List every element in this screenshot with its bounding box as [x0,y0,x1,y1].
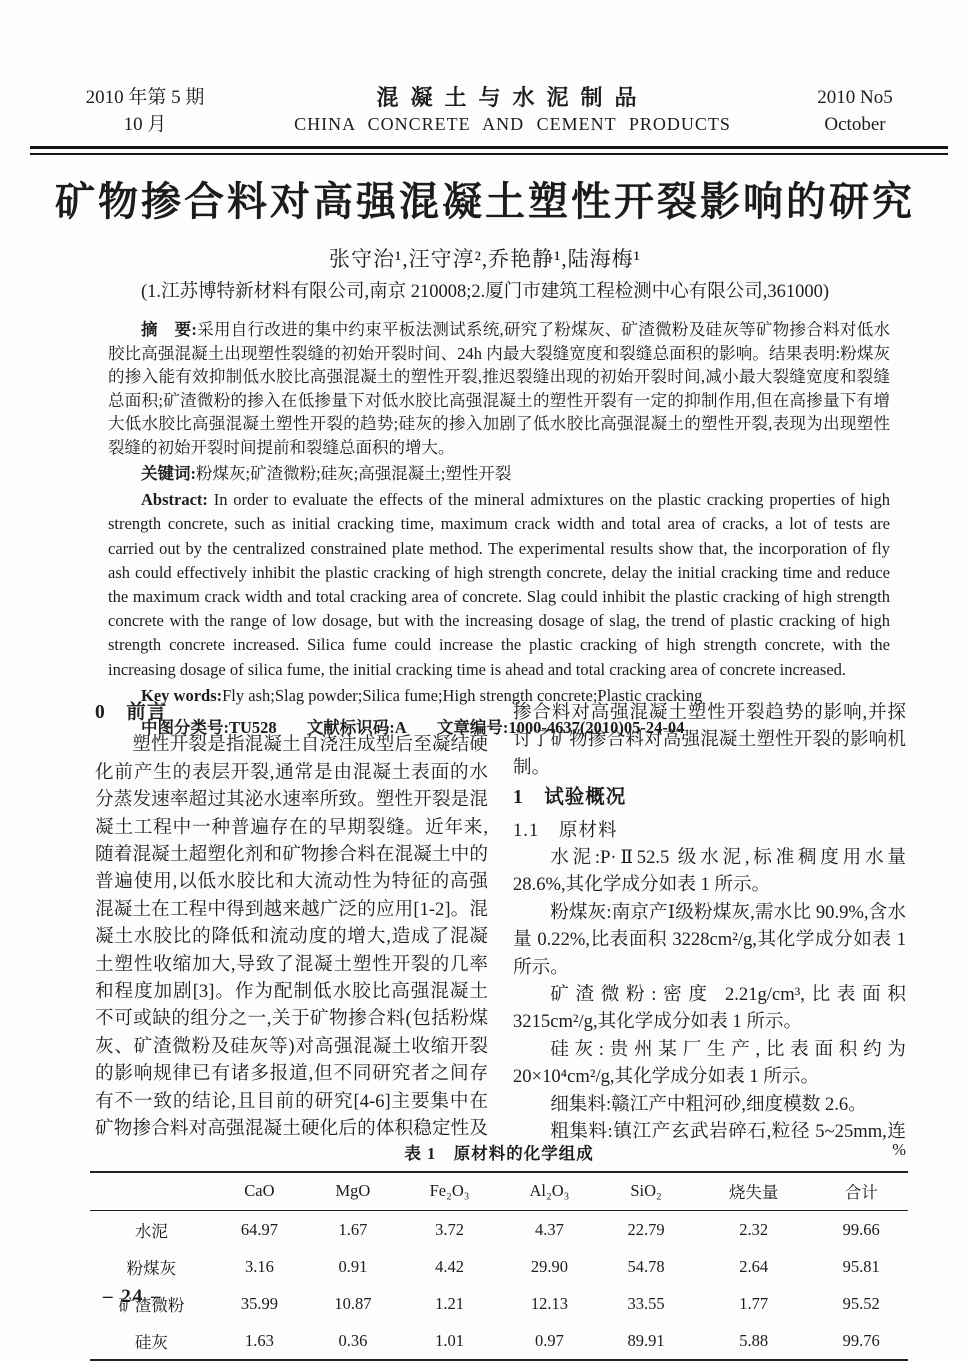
section-1-heading: 1 试验概况 [513,784,906,811]
material-slag: 矿渣微粉:密度 2.21g/cm³,比表面积 3215cm²/g,其化学成分如表… [513,981,906,1036]
issue-line2: 10 月 [65,111,225,138]
journal-name-cn: 混凝土与水泥制品 [294,84,731,111]
abstract-en-label: Abstract: [141,490,208,509]
value-cell: 64.97 [213,1211,306,1249]
materials-table: CaOMgOFe₂O₃Al₂O₃SiO₂烧失量合计 水泥64.971.673.7… [90,1171,908,1361]
keywords-cn-label: 关键词: [141,464,196,483]
table-header-cell: SiO₂ [599,1172,692,1211]
value-cell: 12.13 [500,1285,600,1322]
row-label-cell: 粉煤灰 [90,1248,213,1285]
abstract-en: Abstract: In order to evaluate the effec… [108,488,890,682]
table-row: 硅灰1.630.361.010.9789.915.8899.76 [90,1322,908,1360]
value-cell: 0.97 [500,1322,600,1360]
journal-name-en: CHINA CONCRETE AND CEMENT PRODUCTS [294,111,731,138]
table-header-cell: Fe₂O₃ [400,1172,500,1211]
value-cell: 1.21 [400,1285,500,1322]
table-header-cell: 烧失量 [693,1172,815,1211]
value-cell: 35.99 [213,1285,306,1322]
materials-table-head: CaOMgOFe₂O₃Al₂O₃SiO₂烧失量合计 [90,1172,908,1211]
value-cell: 95.52 [814,1285,908,1322]
materials-table-body: 水泥64.971.673.724.3722.792.3299.66粉煤灰3.16… [90,1211,908,1361]
value-cell: 2.64 [693,1248,815,1285]
abstract-cn-text: 采用自行改进的集中约束平板法测试系统,研究了粉煤灰、矿渣微粉及硅灰等矿物掺合料对… [108,320,890,457]
table-header-row: CaOMgOFe₂O₃Al₂O₃SiO₂烧失量合计 [90,1172,908,1211]
value-cell: 2.32 [693,1211,815,1249]
material-cement: 水泥:P·Ⅱ52.5 级水泥,标准稠度用水量 28.6%,其化学成分如表 1 所… [513,844,906,899]
table-1-unit: % [892,1140,906,1160]
table-row: 水泥64.971.673.724.3722.792.3299.66 [90,1211,908,1249]
value-cell: 1.77 [693,1285,815,1322]
section-0-paragraph: 塑性开裂是指混凝土自浇注成型后至凝结硬化前产生的表层开裂,通常是由混凝土表面的水… [95,731,488,1145]
value-cell: 99.76 [814,1322,908,1360]
value-cell: 4.42 [400,1248,500,1285]
table-1-title: 表 1 原材料的化学组成 [404,1144,593,1163]
table-corner-cell [90,1172,213,1211]
section-0-heading: 0 前言 [95,699,488,726]
section-1-1-heading: 1.1 原材料 [513,817,906,844]
value-cell: 1.63 [213,1322,306,1360]
journal-name: 混凝土与水泥制品 CHINA CONCRETE AND CEMENT PRODU… [294,84,731,138]
row-label-cell: 硅灰 [90,1322,213,1360]
right-column: 掺合料对高强混凝土塑性开裂趋势的影响,并探讨了矿物掺合料对高强混凝土塑性开裂的影… [513,699,906,1145]
table-1-block: 表 1 原材料的化学组成 % CaOMgOFe₂O₃Al₂O₃SiO₂烧失量合计… [90,1140,908,1361]
value-cell: 3.72 [400,1211,500,1249]
keywords-cn-text: 粉煤灰;矿渣微粉;硅灰;高强混凝土;塑性开裂 [196,464,511,483]
authors-line: 张守治¹,汪守淳²,乔艳静¹,陆海梅¹ [0,243,970,273]
header-double-rule [30,146,948,155]
paper-title: 矿物掺合料对高强混凝土塑性开裂影响的研究 [0,170,970,227]
left-column: 0 前言 塑性开裂是指混凝土自浇注成型后至凝结硬化前产生的表层开裂,通常是由混凝… [95,699,488,1145]
value-cell: 99.66 [814,1211,908,1249]
front-matter: 摘 要:采用自行改进的集中约束平板法测试系统,研究了粉煤灰、矿渣微粉及硅灰等矿物… [108,318,890,740]
table-header-cell: Al₂O₃ [500,1172,600,1211]
value-cell: 0.91 [306,1248,399,1285]
value-cell: 54.78 [599,1248,692,1285]
table-1-caption: 表 1 原材料的化学组成 % [90,1140,908,1164]
table-header-cell: 合计 [814,1172,908,1211]
value-cell: 89.91 [599,1322,692,1360]
row-label-cell: 水泥 [90,1211,213,1249]
value-cell: 0.36 [306,1322,399,1360]
value-cell: 22.79 [599,1211,692,1249]
issue-no-line2: October [800,111,910,138]
value-cell: 1.01 [400,1322,500,1360]
affiliation-line: (1.江苏博特新材料有限公司,南京 210008;2.厦门市建筑工程检测中心有限… [0,277,970,303]
journal-header: 2010 年第 5 期 10 月 混凝土与水泥制品 CHINA CONCRETE… [65,84,910,138]
material-fine-aggregate: 细集料:赣江产中粗河砂,细度模数 2.6。 [513,1091,906,1118]
abstract-cn: 摘 要:采用自行改进的集中约束平板法测试系统,研究了粉煤灰、矿渣微粉及硅灰等矿物… [108,318,890,460]
keywords-cn: 关键词:粉煤灰;矿渣微粉;硅灰;高强混凝土;塑性开裂 [108,462,890,486]
issue-line1: 2010 年第 5 期 [65,84,225,111]
value-cell: 10.87 [306,1285,399,1322]
material-silica-fume: 硅灰:贵州某厂生产,比表面积约为 20×10⁴cm²/g,其化学成分如表 1 所… [513,1036,906,1091]
body-columns: 0 前言 塑性开裂是指混凝土自浇注成型后至凝结硬化前产生的表层开裂,通常是由混凝… [95,699,907,1145]
value-cell: 95.81 [814,1248,908,1285]
table-row: 粉煤灰3.160.914.4229.9054.782.6495.81 [90,1248,908,1285]
page-number: – 24 – [103,1286,163,1308]
scanned-paper-page: 2010 年第 5 期 10 月 混凝土与水泥制品 CHINA CONCRETE… [0,0,970,1363]
abstract-cn-label: 摘 要: [141,320,197,339]
table-row: 矿渣微粉35.9910.871.2112.1333.551.7795.52 [90,1285,908,1322]
value-cell: 1.67 [306,1211,399,1249]
value-cell: 33.55 [599,1285,692,1322]
material-fly-ash: 粉煤灰:南京产Ⅰ级粉煤灰,需水比 90.9%,含水量 0.22%,比表面积 32… [513,899,906,981]
issue-info: 2010 年第 5 期 10 月 [65,84,225,138]
issue-number: 2010 No5 October [800,84,910,138]
value-cell: 5.88 [693,1322,815,1360]
issue-no-line1: 2010 No5 [800,84,910,111]
value-cell: 4.37 [500,1211,600,1249]
table-header-cell: MgO [306,1172,399,1211]
abstract-en-text: In order to evaluate the effects of the … [108,490,890,678]
continuation-paragraph: 掺合料对高强混凝土塑性开裂趋势的影响,并探讨了矿物掺合料对高强混凝土塑性开裂的影… [513,699,906,781]
table-header-cell: CaO [213,1172,306,1211]
value-cell: 3.16 [213,1248,306,1285]
value-cell: 29.90 [500,1248,600,1285]
